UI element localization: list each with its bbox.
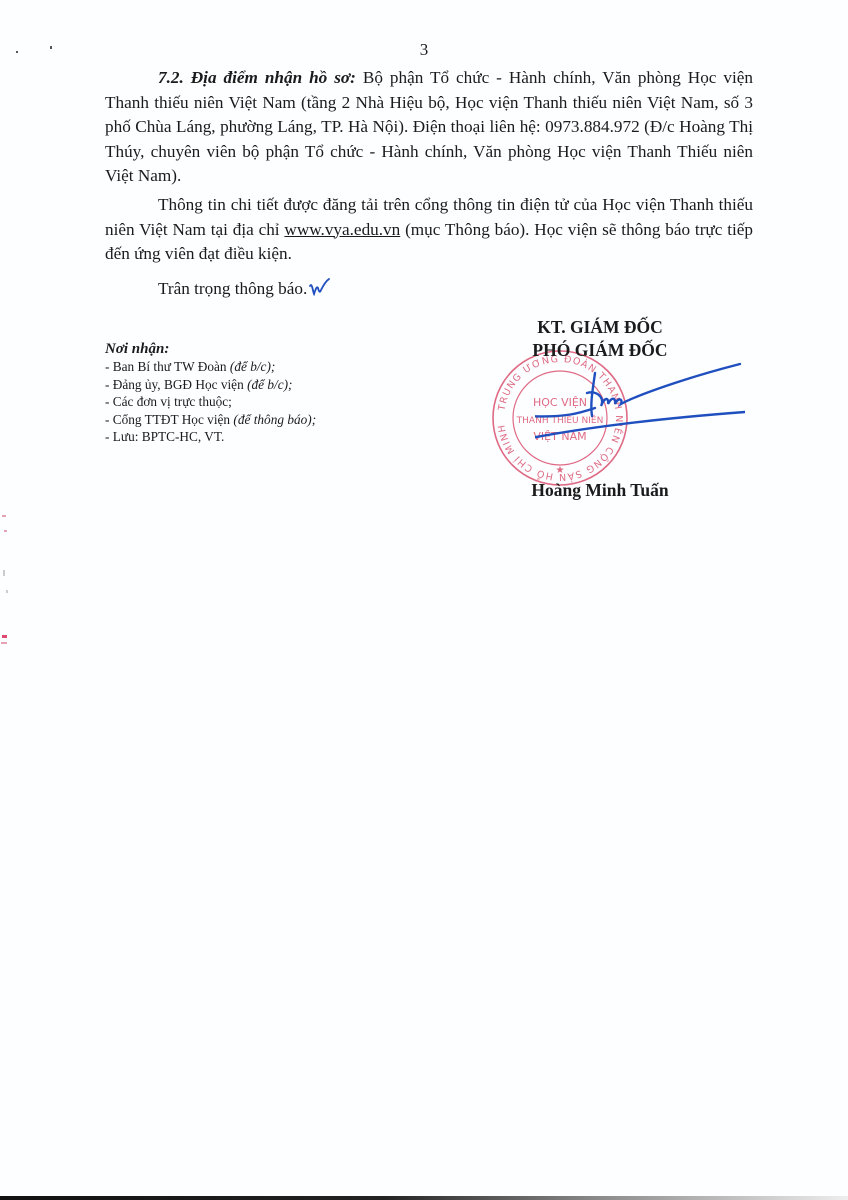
section-heading: 7.2. Địa điểm nhận hồ sơ: [158, 68, 356, 87]
recipient-item: - Đảng ủy, BGĐ Học viện (để b/c); [105, 376, 316, 394]
recipients-title: Nơi nhận: [105, 340, 316, 358]
section-7-2-paragraph: 7.2. Địa điểm nhận hồ sơ: Bộ phận Tổ chứ… [105, 66, 753, 189]
sign-title-line1: KT. GIÁM ĐỐC [470, 316, 730, 339]
recipient-item: - Lưu: BPTC-HC, VT. [105, 428, 316, 446]
signature-titles: KT. GIÁM ĐỐC PHÓ GIÁM ĐỐC [470, 316, 730, 362]
recipients-list: Nơi nhận: - Ban Bí thư TW Đoàn (để b/c);… [105, 340, 316, 446]
initial-mark-icon [308, 278, 330, 298]
recipient-item: - Các đơn vị trực thuộc; [105, 393, 316, 411]
page-number: 3 [0, 40, 848, 60]
closing-line: Trân trọng thông báo. [105, 277, 753, 302]
scan-edge-marks [0, 510, 12, 670]
svg-text:★: ★ [556, 465, 565, 476]
info-paragraph: Thông tin chi tiết được đăng tải trên cổ… [105, 193, 753, 267]
recipient-item: - Cổng TTĐT Học viện (để thông báo); [105, 411, 316, 429]
scan-bottom-edge [0, 1196, 848, 1200]
document-body: 7.2. Địa điểm nhận hồ sơ: Bộ phận Tổ chứ… [105, 66, 753, 301]
recipient-item: - Ban Bí thư TW Đoàn (để b/c); [105, 358, 316, 376]
website-link[interactable]: www.vya.edu.vn [284, 220, 400, 239]
handwritten-signature-icon [535, 358, 745, 448]
closing-text: Trân trọng thông báo. [158, 279, 307, 298]
signer-name: Hoàng Minh Tuấn [470, 480, 730, 501]
